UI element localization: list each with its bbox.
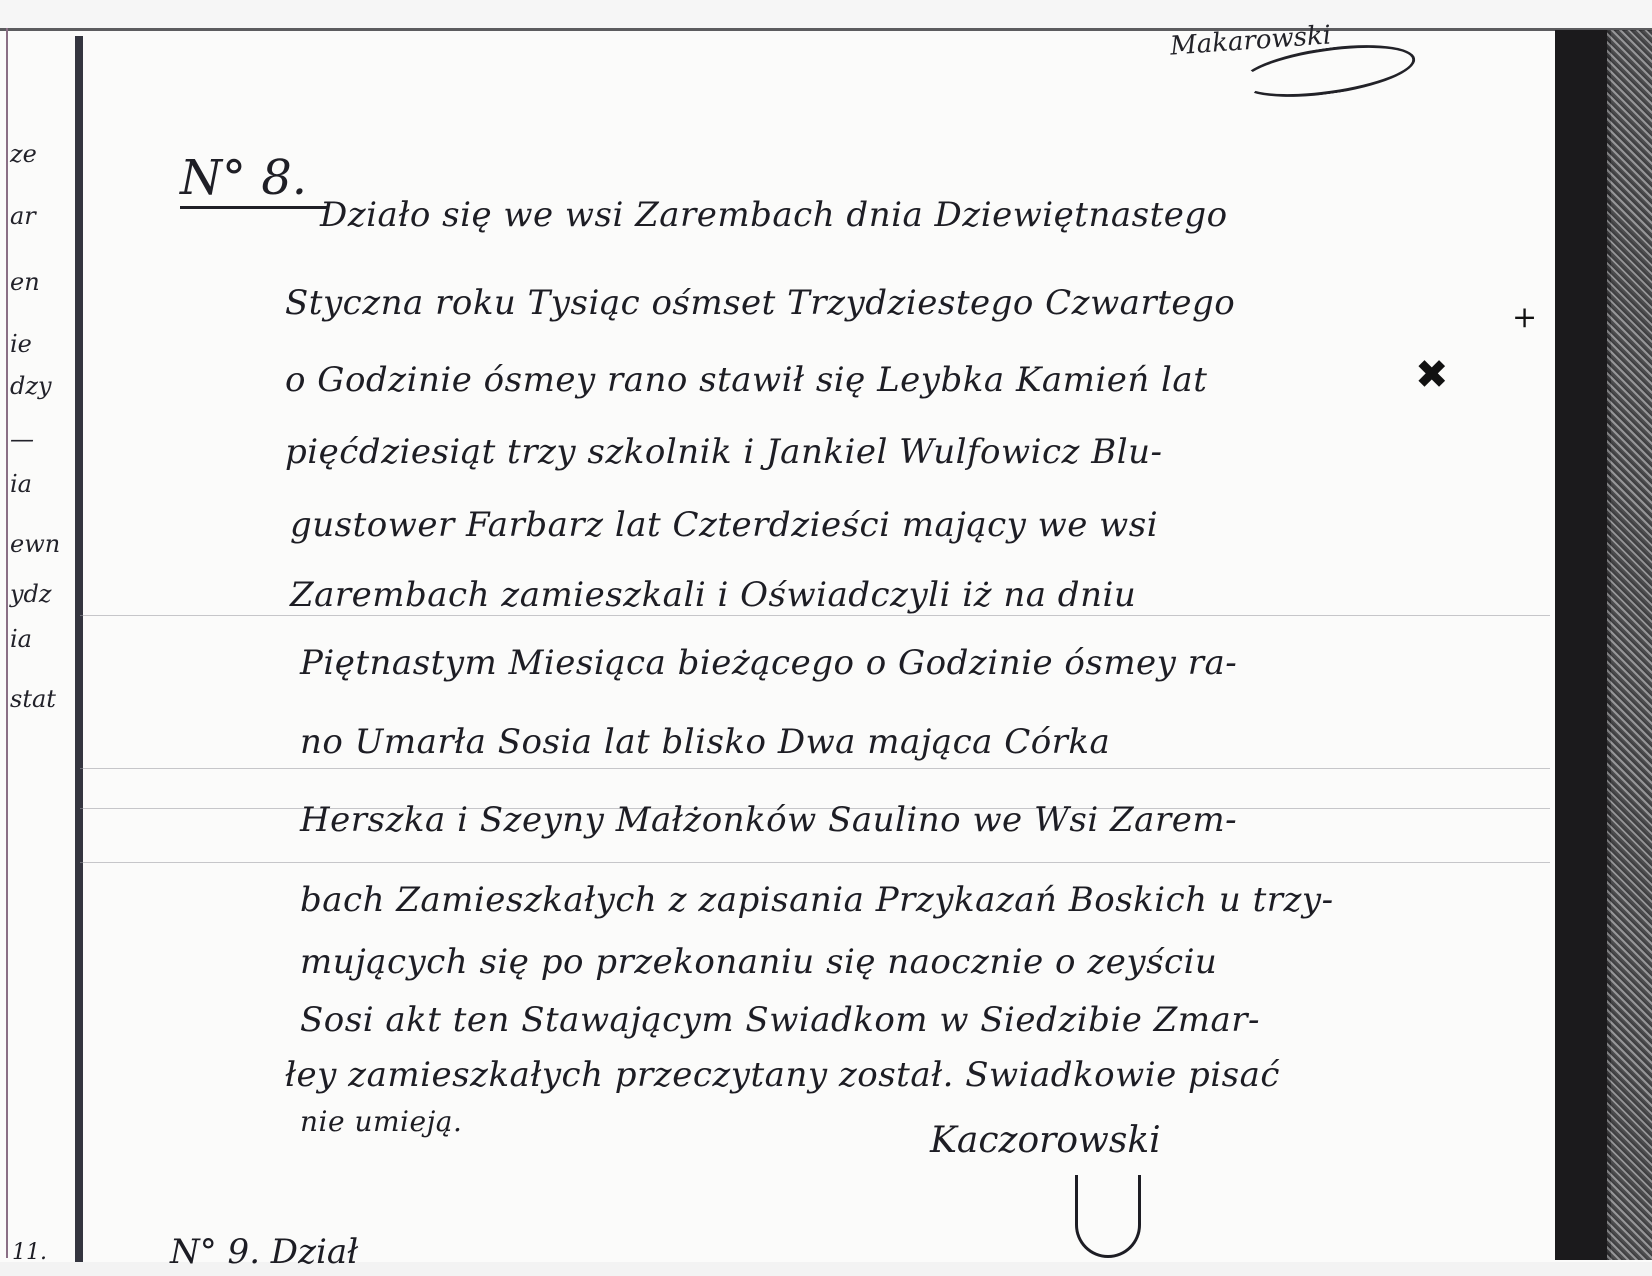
margin-fragment: ze bbox=[10, 140, 37, 168]
official-signature: Kaczorowski bbox=[930, 1120, 1161, 1161]
ruled-line bbox=[80, 768, 1550, 769]
ink-blot-x-mark-icon: ✖ bbox=[1415, 352, 1449, 398]
margin-fragment: ydz bbox=[10, 580, 52, 608]
ruled-line bbox=[80, 615, 1550, 616]
document-scan: ze ar en ie dzy — ia ewn ydz ia stat Mak… bbox=[0, 0, 1652, 1276]
margin-fragment: en bbox=[10, 268, 40, 296]
record-line: nie umieją. bbox=[300, 1105, 462, 1138]
record-line: Herszka i Szeyny Małżonków Saulino we Ws… bbox=[300, 800, 1237, 840]
ruled-line bbox=[80, 862, 1550, 863]
margin-fragment: dzy bbox=[10, 372, 52, 400]
binding-spine-shadow bbox=[1555, 30, 1611, 1260]
record-line: Działo się we wsi Zarembach dnia Dziewię… bbox=[320, 195, 1228, 235]
cross-mark-icon: + bbox=[1512, 300, 1537, 335]
page-left-edge bbox=[6, 28, 8, 1258]
margin-fragment: — bbox=[10, 425, 34, 453]
next-entry-fragment: N° 9. Dział bbox=[170, 1232, 358, 1272]
record-line: gustower Farbarz lat Czterdzieści mający… bbox=[290, 505, 1158, 545]
record-line: Zarembach zamieszkali i Oświadczyli iż n… bbox=[290, 575, 1136, 615]
record-line: bach Zamieszkałych z zapisania Przykazań… bbox=[300, 880, 1334, 920]
record-line: pięćdziesiąt trzy szkolnik i Jankiel Wul… bbox=[285, 432, 1163, 472]
margin-fragment: ie bbox=[10, 330, 32, 358]
entry-number: N° 8. bbox=[180, 150, 327, 209]
binding-spine-texture bbox=[1607, 30, 1652, 1260]
record-line: Styczna roku Tysiąc ośmset Trzydziestego… bbox=[285, 283, 1235, 323]
record-line: o Godzinie ósmey rano stawił się Leybka … bbox=[285, 360, 1207, 400]
margin-fragment: ia bbox=[10, 470, 32, 498]
record-line: no Umarła Sosia lat blisko Dwa mająca Có… bbox=[300, 722, 1110, 762]
margin-fragment: ewn bbox=[10, 530, 60, 558]
margin-fragment: ar bbox=[10, 202, 36, 230]
margin-rule-line bbox=[75, 36, 83, 1262]
margin-fragment: stat bbox=[10, 685, 56, 713]
margin-fragment: 11. bbox=[12, 1240, 47, 1265]
record-line: Piętnastym Miesiąca bieżącego o Godzinie… bbox=[300, 643, 1237, 683]
record-line: łey zamieszkałych przeczytany został. Sw… bbox=[285, 1055, 1280, 1095]
signature-flourish-icon bbox=[1075, 1175, 1141, 1258]
margin-fragment: ia bbox=[10, 625, 32, 653]
record-line: Sosi akt ten Stawającym Swiadkom w Siedz… bbox=[300, 1000, 1260, 1040]
record-line: mujących się po przekonaniu się naocznie… bbox=[300, 942, 1217, 982]
page-top-edge bbox=[0, 0, 1652, 31]
